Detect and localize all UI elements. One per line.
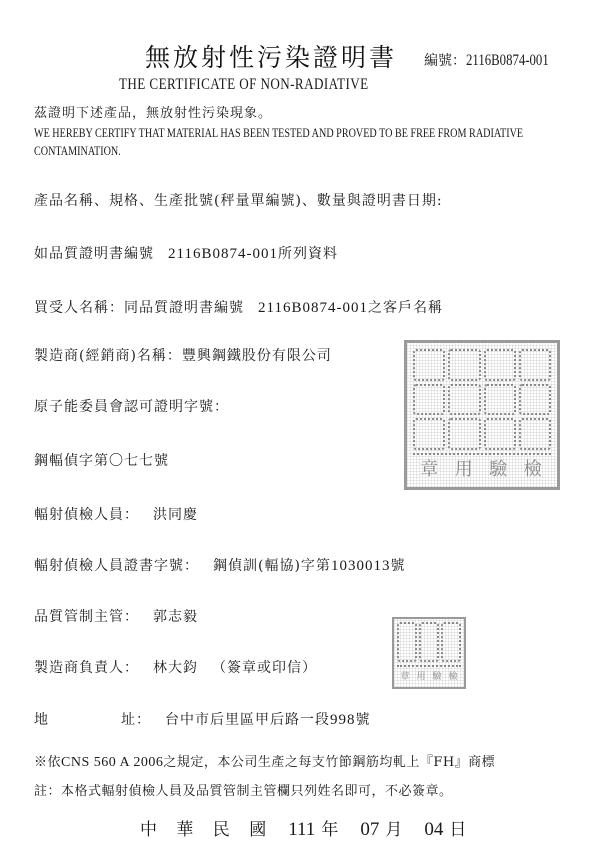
product-info-number: 2116B0874-001 bbox=[168, 246, 278, 262]
buyer-prefix: 同品質證明書編號 bbox=[124, 300, 244, 316]
certification-statement-en: WE HEREBY CERTIFY THAT MATERIAL HAS BEEN… bbox=[34, 124, 580, 160]
manufacturer-row: 製造商(經銷商)名稱：豐興鋼鐵股份有限公司 bbox=[34, 345, 332, 365]
certificate-title-zh: 無放射性污染證明書 bbox=[145, 38, 397, 74]
manufacturer-label: 製造商(經銷商)名稱： bbox=[34, 348, 182, 364]
buyer-number: 2116B0874-001 bbox=[258, 300, 368, 316]
certification-statement-zh: 茲證明下述產品，無放射性污染現象。 bbox=[34, 102, 272, 121]
aec-license-value: 鋼輻偵字第〇七七號 bbox=[34, 450, 169, 470]
seal-row bbox=[397, 622, 461, 662]
responsible-person-seal-stamp: 章 用 驗 檢 bbox=[392, 617, 466, 689]
inspector-cert-prefix: 鋼偵訓(輻協)字第 bbox=[213, 558, 331, 574]
company-seal-stamp: 章 用 驗 檢 bbox=[404, 340, 560, 490]
cns-trademark-note: ※依CNS 560 A 2006之規定，本公司生產之每支竹節鋼筋均軋上『FH』商… bbox=[34, 751, 495, 771]
seal-footer: 章 用 驗 檢 bbox=[397, 665, 461, 684]
address-prefix: 台中市后里區甲后路一段 bbox=[165, 712, 330, 728]
product-info-label: 產品名稱、規格、生產批號(秤量單編號)、數量與證明書日期: bbox=[34, 190, 443, 210]
address-row: 地址：台中市后里區甲后路一段998號 bbox=[34, 709, 371, 729]
responsible-row: 製造商負責人：林大鈞（簽章或印信） bbox=[34, 657, 317, 677]
inspector-value: 洪同慶 bbox=[153, 507, 198, 523]
inspector-cert-suffix: 號 bbox=[390, 558, 405, 574]
product-info-prefix: 如品質證明書編號 bbox=[34, 246, 154, 262]
qc-supervisor-label: 品質管制主管： bbox=[34, 609, 139, 625]
product-info-suffix: 所列資料 bbox=[278, 246, 338, 262]
responsible-label: 製造商負責人： bbox=[34, 660, 139, 676]
manufacturer-value: 豐興鋼鐵股份有限公司 bbox=[182, 348, 332, 364]
certificate-title-en: THE CERTIFICATE OF NON-RADIATIVE bbox=[119, 76, 369, 94]
address-label-2: 址： bbox=[121, 712, 151, 728]
address-label-1: 地 bbox=[34, 712, 49, 728]
buyer-suffix: 之客戶名稱 bbox=[368, 300, 443, 316]
issue-date: 中 華 民 國111年07月04日 bbox=[140, 815, 488, 841]
qc-supervisor-value: 郭志毅 bbox=[153, 609, 198, 625]
cns-code: CNS 560 A 2006 bbox=[61, 755, 163, 770]
seal-row bbox=[413, 384, 551, 416]
inspector-cert-label: 輻射偵檢人員證書字號： bbox=[34, 558, 199, 574]
date-era: 中 華 民 國 bbox=[140, 820, 266, 840]
serial-number: 編號：2116B0874-001 bbox=[424, 50, 569, 70]
inspector-cert-row: 輻射偵檢人員證書字號：鋼偵訓(輻協)字第1030013號 bbox=[34, 555, 405, 575]
date-year: 111 bbox=[288, 819, 315, 840]
aec-license-label: 原子能委員會認可證明字號： bbox=[34, 396, 229, 416]
inspector-row: 輻射偵檢人員：洪同慶 bbox=[34, 504, 198, 524]
seal-footer: 章 用 驗 檢 bbox=[413, 453, 551, 481]
address-suffix: 號 bbox=[356, 712, 371, 728]
product-info-value: 如品質證明書編號2116B0874-001所列資料 bbox=[34, 243, 338, 263]
date-day: 04 bbox=[424, 819, 443, 840]
remark-note: 註：本格式輻射偵檢人員及品質管制主管欄只列姓名即可，不必簽章。 bbox=[34, 780, 453, 799]
date-month: 07 bbox=[360, 819, 379, 840]
buyer-label: 買受人名稱： bbox=[34, 300, 124, 316]
inspector-cert-number: 1030013 bbox=[331, 558, 391, 574]
serial-value: 2116B0874-001 bbox=[466, 52, 549, 70]
buyer-row: 買受人名稱：同品質證明書編號2116B0874-001之客戶名稱 bbox=[34, 297, 443, 317]
responsible-note: （簽章或印信） bbox=[212, 660, 317, 676]
address-number: 998 bbox=[330, 712, 356, 728]
seal-row bbox=[413, 349, 551, 381]
seal-row bbox=[413, 418, 551, 450]
qc-supervisor-row: 品質管制主管：郭志毅 bbox=[34, 606, 198, 626]
inspector-label: 輻射偵檢人員： bbox=[34, 507, 139, 523]
serial-label: 編號： bbox=[424, 53, 466, 69]
responsible-value: 林大鈞 bbox=[153, 660, 198, 676]
